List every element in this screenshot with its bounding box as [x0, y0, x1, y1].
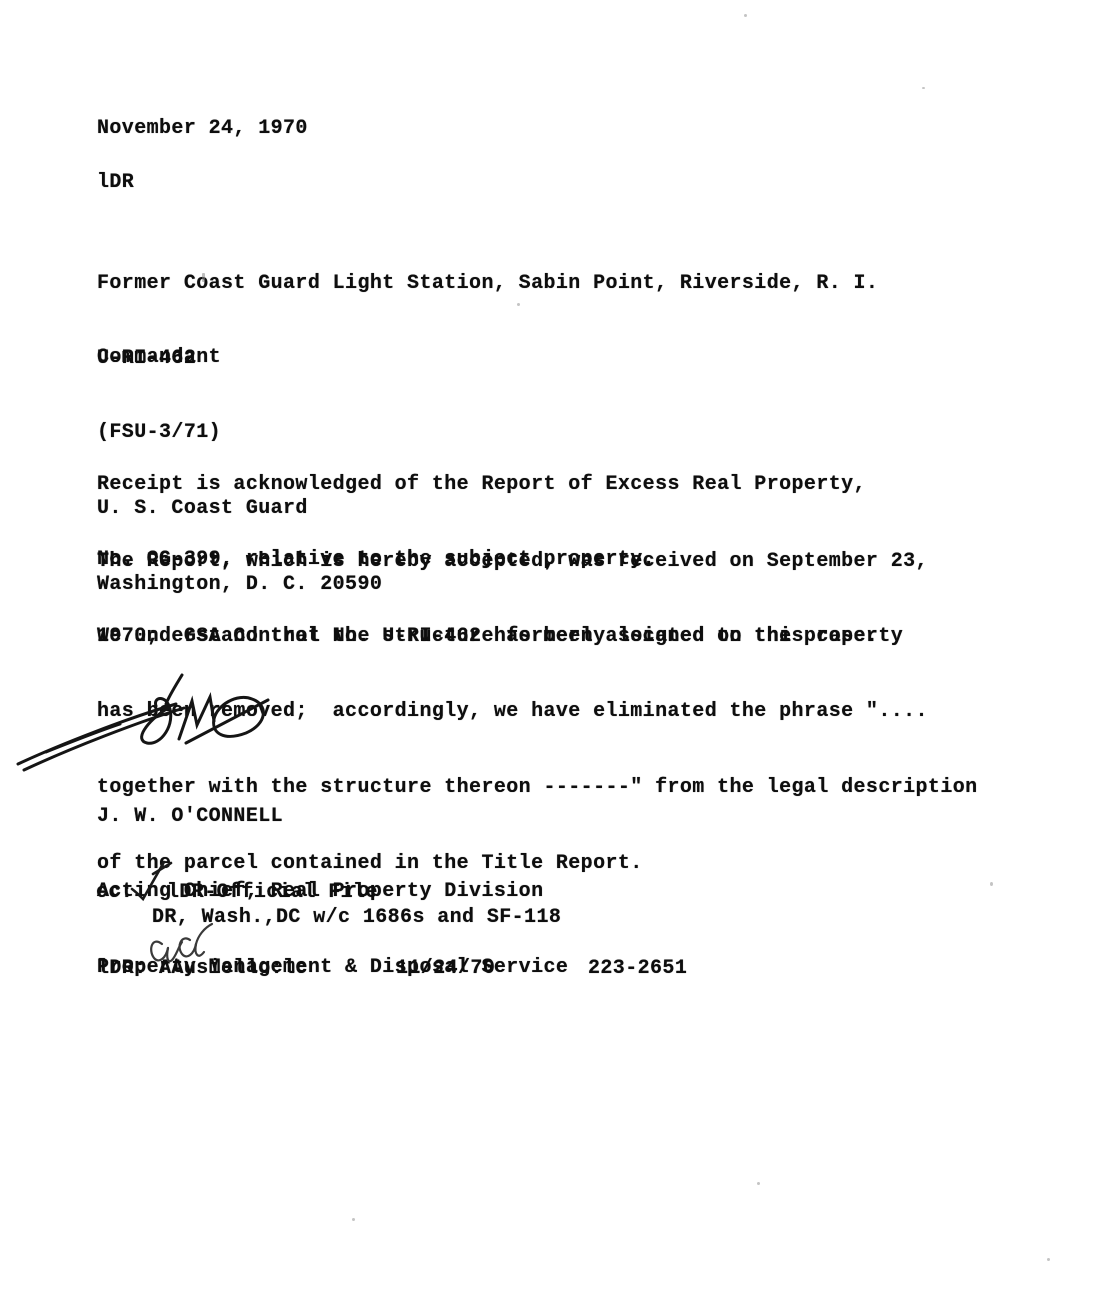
- footer-date: 11/24/70: [396, 956, 495, 981]
- cc-item-1: lDR-Official File: [167, 880, 378, 905]
- subject-line-1: Former Coast Guard Light Station, Sabin …: [97, 271, 878, 296]
- footer-phone: 223-2651: [588, 956, 687, 981]
- paragraph-2-line-1: The Report, which is hereby accepted, wa…: [97, 549, 928, 574]
- scan-speck: [1047, 1258, 1050, 1261]
- signer-name: J. W. O'CONNELL: [97, 804, 568, 829]
- letter-date: November 24, 1970: [97, 116, 308, 141]
- scan-speck: [990, 882, 993, 886]
- paragraph-3-line-1: We understand that the structure formerl…: [97, 624, 978, 649]
- paragraph-1-line-1: Receipt is acknowledged of the Report of…: [97, 472, 866, 497]
- checkmark-handwritten: [128, 858, 176, 902]
- recipient-line-1: Commandant: [97, 345, 382, 370]
- scan-speck: [517, 303, 520, 306]
- reference-code: lDR: [97, 170, 134, 195]
- scan-smudge: [202, 273, 205, 282]
- scan-speck: [922, 87, 925, 89]
- scan-speck: [352, 1218, 355, 1221]
- scan-speck: [757, 1182, 760, 1185]
- scan-speck: [744, 14, 747, 17]
- footer-typist: lDR: AAusiello:lc: [97, 956, 308, 981]
- scanned-letter-page: November 24, 1970 lDR Former Coast Guard…: [0, 0, 1120, 1293]
